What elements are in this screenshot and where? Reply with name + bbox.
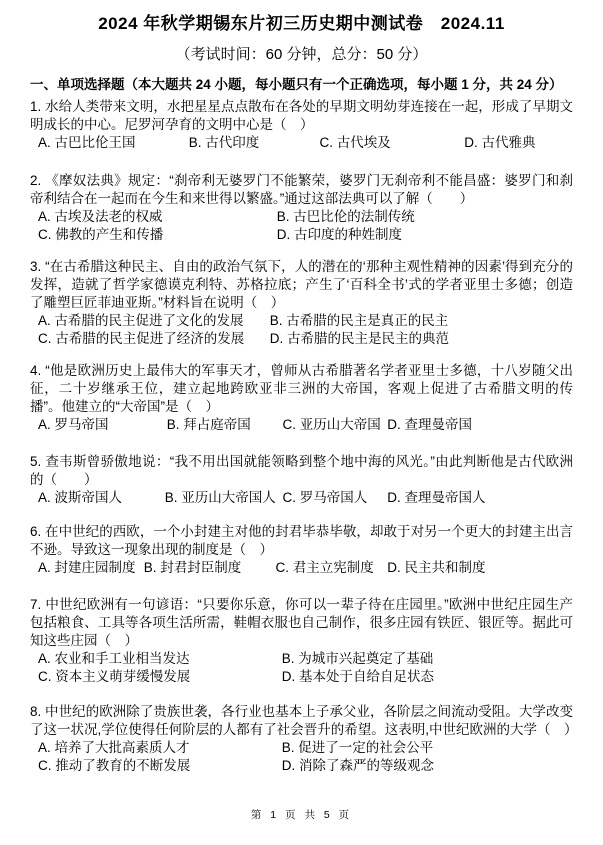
question-8: 8. 中世纪的欧洲除了贵族世袭，各行业也基本上子承父业，各阶层之间流动受阻。大学… (30, 703, 573, 775)
question-2-options-row-1: A. 古埃及法老的权威 B. 古巴比伦的法制传统 (30, 208, 573, 226)
question-1-stem: 1. 水给人类带来文明，水把星星点点散布在各处的早期文明幼芽连接在一起，形成了早… (30, 98, 573, 134)
question-8-options-row-2: C. 推动了教育的不断发展 D. 消除了森严的等级观念 (30, 757, 573, 775)
question-7-options-row-2: C. 资本主义萌芽缓慢发展 D. 基本处于自给自足状态 (30, 668, 573, 686)
question-5: 5. 查韦斯曾骄傲地说：“我不用出国就能领略到整个地中海的风光。”由此判断他是古… (30, 453, 573, 507)
option-d: D. 古希腊的民主是民主的典范 (270, 330, 449, 348)
option-b: B. 封君封臣制度 (144, 559, 272, 577)
option-d: D. 基本处于自给自足状态 (282, 668, 434, 686)
option-a: A. 培养了大批高素质人才 (38, 739, 278, 757)
question-4-options: A. 罗马帝国 B. 拜占庭帝国 C. 亚历山大帝国 D. 查理曼帝国 (30, 416, 573, 434)
option-a: A. 封建庄园制度 (38, 559, 140, 577)
option-b: B. 古代印度 (189, 134, 316, 152)
option-c: C. 推动了教育的不断发展 (38, 757, 278, 775)
question-5-options: A. 波斯帝国人 B. 亚历山大帝国人 C. 罗马帝国人 D. 查理曼帝国人 (30, 489, 573, 507)
option-d: D. 民主共和制度 (387, 559, 485, 577)
option-c: C. 资本主义萌芽缓慢发展 (38, 668, 278, 686)
option-d: D. 查理曼帝国人 (387, 489, 485, 507)
question-6: 6. 在中世纪的西欧，一个小封建主对他的封君毕恭毕敬，却敢于对另一个更大的封建主… (30, 523, 573, 577)
question-4: 4. “他是欧洲历史上最伟大的军事天才，曾师从古希腊著名学者亚里士多德，十八岁随… (30, 362, 573, 434)
question-1-options: A. 古巴比伦王国 B. 古代印度 C. 古代埃及 D. 古代雅典 (30, 134, 573, 152)
question-7: 7. 中世纪欧洲有一句谚语：“只要你乐意，你可以一辈子待在庄园里。”欧洲中世纪庄… (30, 596, 573, 686)
option-b: B. 亚历山大帝国人 (165, 489, 279, 507)
exam-paper-page: 2024 年秋学期锡东片初三历史期中测试卷 2024.11 （考试时间：60 分… (0, 0, 603, 845)
question-8-options-row-1: A. 培养了大批高素质人才 B. 促进了一定的社会公平 (30, 739, 573, 757)
option-b: B. 拜占庭帝国 (167, 416, 279, 434)
question-8-stem: 8. 中世纪的欧洲除了贵族世袭，各行业也基本上子承父业，各阶层之间流动受阻。大学… (30, 703, 573, 739)
option-d: D. 古印度的种姓制度 (277, 226, 402, 244)
question-6-stem: 6. 在中世纪的西欧，一个小封建主对他的封君毕恭毕敬，却敢于对另一个更大的封建主… (30, 523, 573, 559)
option-d: D. 消除了森严的等级观念 (282, 757, 434, 775)
option-a: A. 农业和手工业相当发达 (38, 650, 278, 668)
question-3-stem: 3. “在古希腊这种民主、自由的政治气氛下，人的潜在的‘那种主观性精神的因素’得… (30, 258, 573, 312)
question-7-options-row-1: A. 农业和手工业相当发达 B. 为城市兴起奠定了基础 (30, 650, 573, 668)
option-b: B. 促进了一定的社会公平 (282, 739, 434, 757)
page-content: 2024 年秋学期锡东片初三历史期中测试卷 2024.11 （考试时间：60 分… (0, 0, 603, 775)
option-a: A. 古埃及法老的权威 (38, 208, 273, 226)
question-3-options-row-2: C. 古希腊的民主促进了经济的发展 D. 古希腊的民主是民主的典范 (30, 330, 573, 348)
question-4-stem: 4. “他是欧洲历史上最伟大的军事天才，曾师从古希腊著名学者亚里士多德，十八岁随… (30, 362, 573, 416)
option-b: B. 古巴比伦的法制传统 (277, 208, 415, 226)
option-c: C. 亚历山大帝国 (283, 416, 384, 434)
question-2: 2. 《摩奴法典》规定：“刹帝利无婆罗门不能繁荣，婆罗门无刹帝利不能昌盛：婆罗门… (30, 172, 573, 244)
page-title: 2024 年秋学期锡东片初三历史期中测试卷 2024.11 (30, 12, 573, 36)
page-number: 第 1 页 共 5 页 (0, 807, 603, 822)
option-a: A. 古巴比伦王国 (38, 134, 185, 152)
question-5-stem: 5. 查韦斯曾骄傲地说：“我不用出国就能领略到整个地中海的风光。”由此判断他是古… (30, 453, 573, 489)
option-c: C. 罗马帝国人 (283, 489, 384, 507)
exam-info-line: （考试时间：60 分钟，总分：50 分） (30, 45, 573, 65)
question-1: 1. 水给人类带来文明，水把星星点点散布在各处的早期文明幼芽连接在一起，形成了早… (30, 98, 573, 152)
option-b: B. 为城市兴起奠定了基础 (282, 650, 434, 668)
option-c: C. 君主立宪制度 (276, 559, 384, 577)
question-6-options: A. 封建庄园制度 B. 封君封臣制度 C. 君主立宪制度 D. 民主共和制度 (30, 559, 573, 577)
question-2-options-row-2: C. 佛教的产生和传播 D. 古印度的种姓制度 (30, 226, 573, 244)
option-c: C. 古代埃及 (320, 134, 461, 152)
option-d: D. 古代雅典 (464, 134, 535, 152)
option-a: A. 波斯帝国人 (38, 489, 161, 507)
option-a: A. 古希腊的民主促进了文化的发展 (38, 312, 266, 330)
question-2-stem: 2. 《摩奴法典》规定：“刹帝利无婆罗门不能繁荣，婆罗门无刹帝利不能昌盛：婆罗门… (30, 172, 573, 208)
question-7-stem: 7. 中世纪欧洲有一句谚语：“只要你乐意，你可以一辈子待在庄园里。”欧洲中世纪庄… (30, 596, 573, 650)
question-3-options-row-1: A. 古希腊的民主促进了文化的发展 B. 古希腊的民主是真正的民主 (30, 312, 573, 330)
option-a: A. 罗马帝国 (38, 416, 163, 434)
option-c: C. 佛教的产生和传播 (38, 226, 273, 244)
section-heading: 一、单项选择题（本大题共 24 小题，每小题只有一个正确选项，每小题 1 分，共… (30, 76, 573, 94)
option-c: C. 古希腊的民主促进了经济的发展 (38, 330, 266, 348)
option-b: B. 古希腊的民主是真正的民主 (270, 312, 449, 330)
option-d: D. 查理曼帝国 (387, 416, 472, 434)
question-3: 3. “在古希腊这种民主、自由的政治气氛下，人的潜在的‘那种主观性精神的因素’得… (30, 258, 573, 348)
